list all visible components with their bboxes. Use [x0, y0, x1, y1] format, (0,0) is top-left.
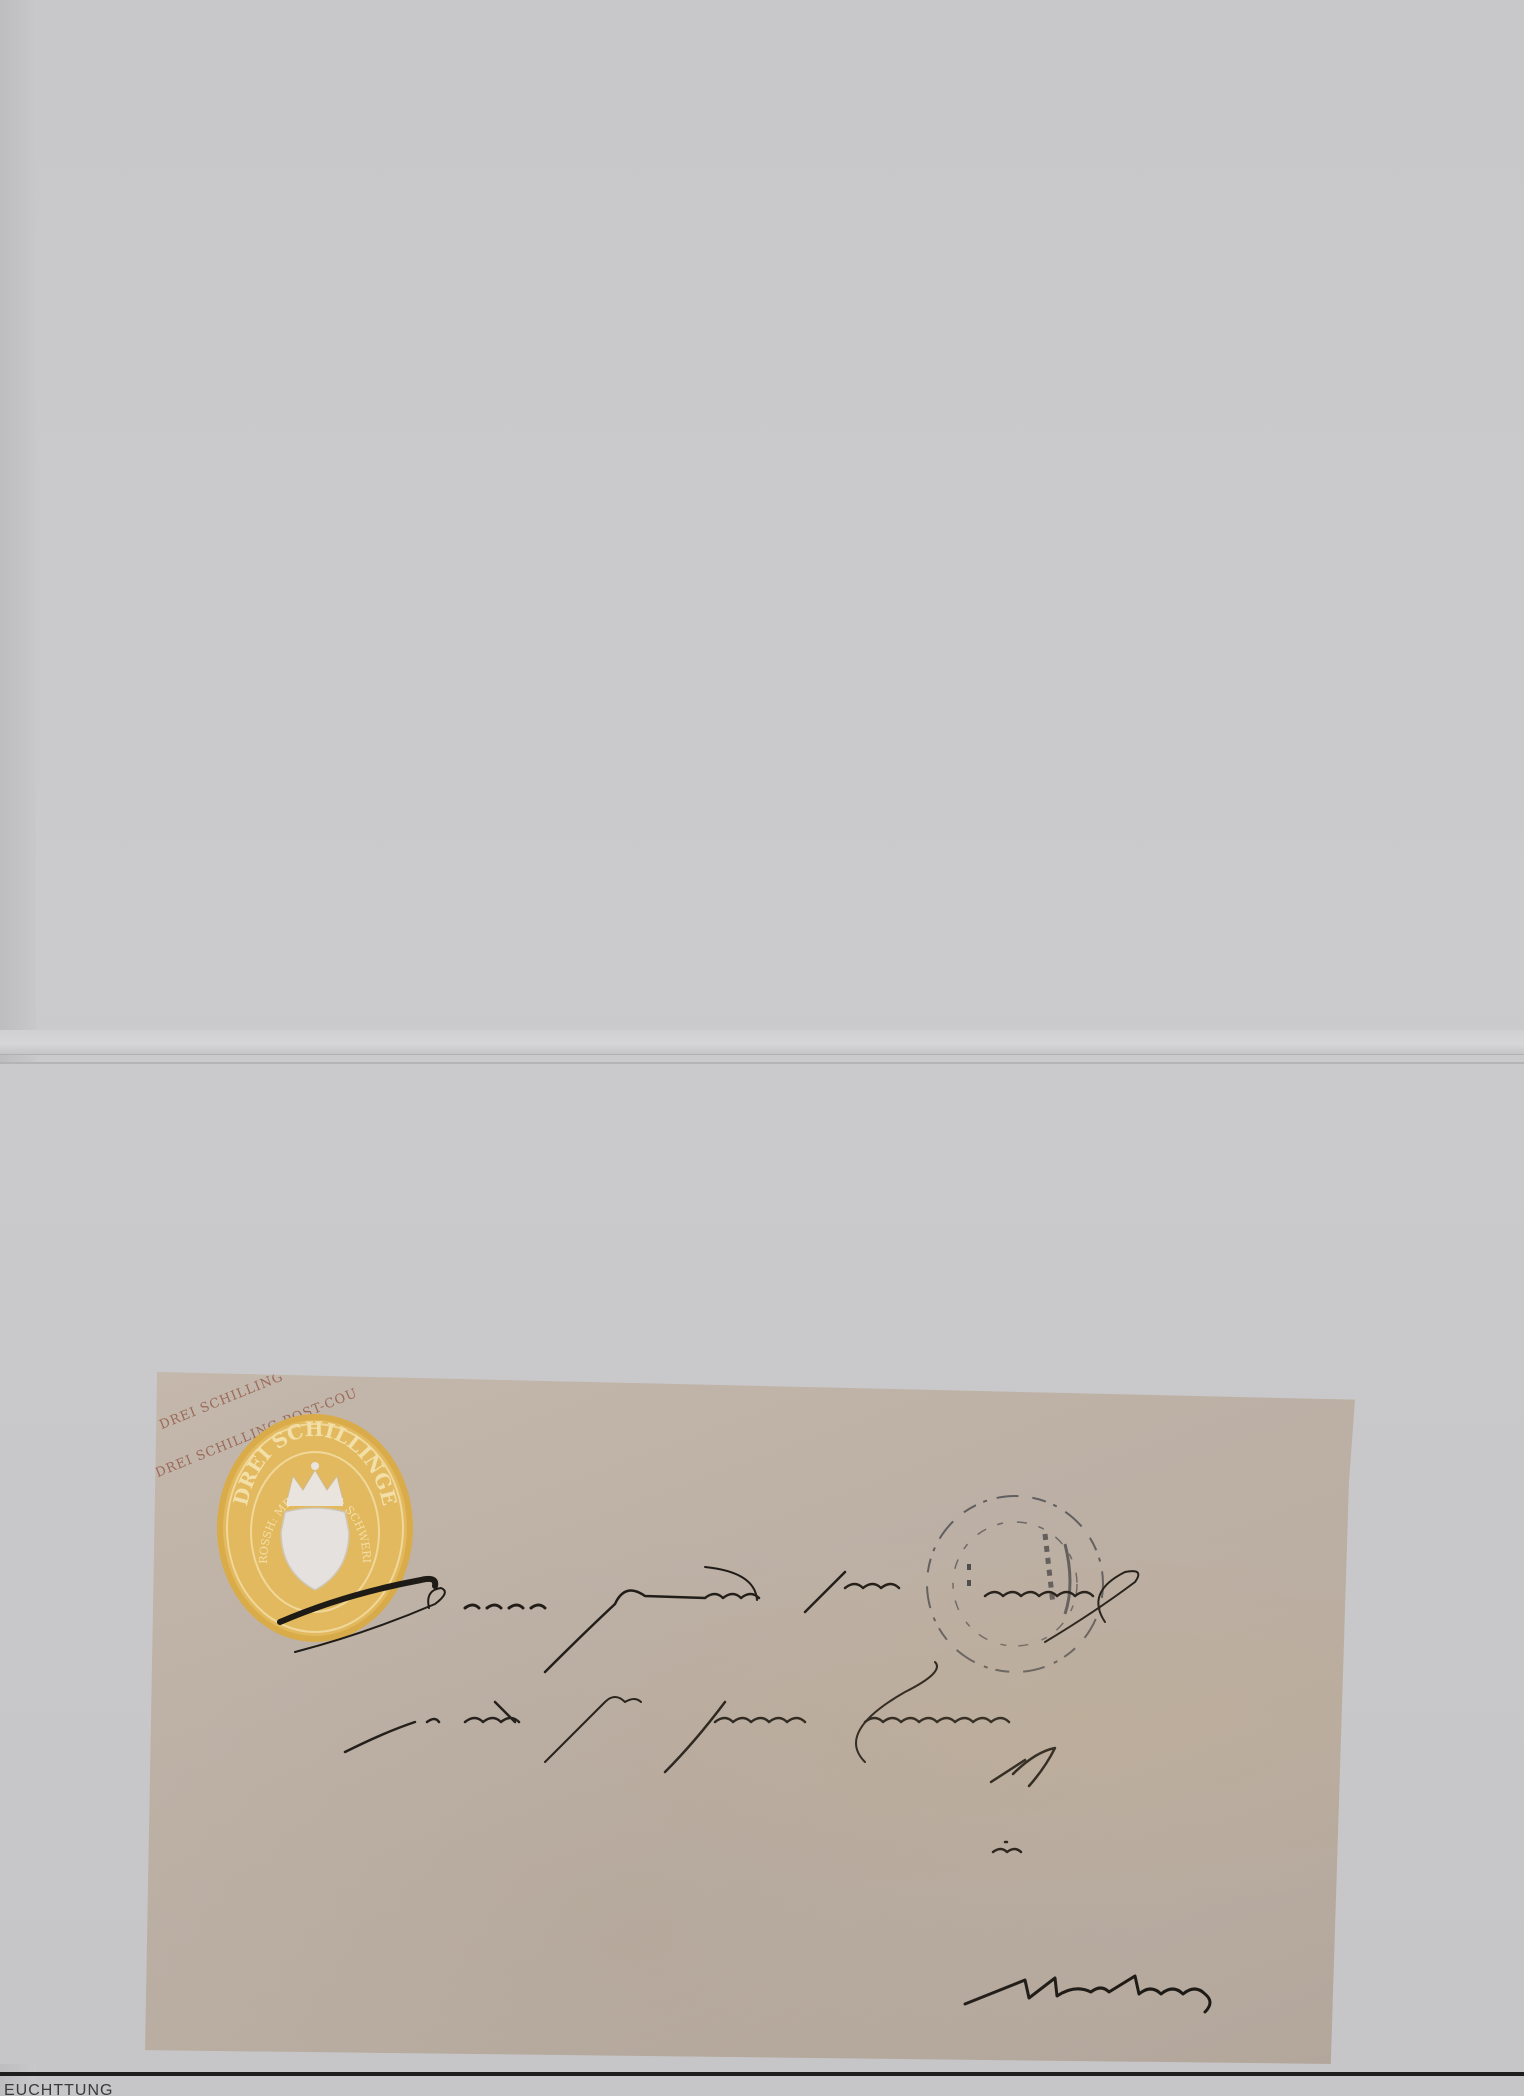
album-bottom-rule: [0, 2072, 1524, 2076]
svg-text:DREI SCHILLINGE: DREI SCHILLINGE: [228, 1417, 402, 1508]
handwritten-address: [145, 1372, 1355, 2064]
overprint-line-2: DREI SCHILLING POST-COU: [153, 1386, 360, 1481]
envelope: DREI SCHILLING DREI SCHILLING POST-COU D…: [145, 1372, 1355, 2064]
svg-text:GROSSH: MECKLENB: SCHWERIN: GROSSH: MECKLENB: SCHWERIN: [215, 1412, 373, 1564]
pocket-seam: [0, 1062, 1524, 1064]
overprint-line-1: DREI SCHILLING: [157, 1369, 285, 1433]
pocket-top-strip: [0, 1030, 1524, 1055]
embossed-stamp-icon: DREI SCHILLINGE GROSSH: MECKLENB: SCHWER…: [215, 1412, 415, 1644]
postmark-icon: [915, 1484, 1115, 1684]
album-page-label: EUCHTTUNG: [4, 2082, 113, 2096]
